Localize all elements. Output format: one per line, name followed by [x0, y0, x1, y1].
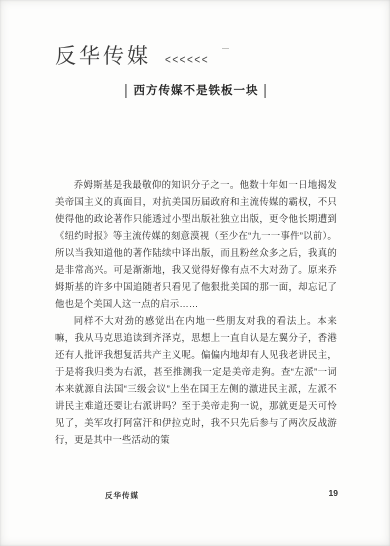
paragraph-1: 乔姆斯基是我最敬仰的知识分子之一。他数十年如一日地揭发美帝国主义的真面目，对抗美… [55, 176, 337, 312]
paragraph-2: 同样不大对劲的感觉出在内地一些朋友对我的看法上。本来嘛，我从马克思追读到齐泽克，… [55, 312, 337, 448]
subtitle-left-bar: | [119, 82, 133, 99]
scan-artifact [222, 48, 229, 49]
footer-page-number: 19 [329, 488, 338, 498]
book-page: 反华传媒 <<<<<< | 西方传媒不是铁板一块 | 乔姆斯基是我最敬仰的知识分… [0, 0, 390, 546]
body-text: 乔姆斯基是我最敬仰的知识分子之一。他数十年如一日地揭发美帝国主义的真面目，对抗美… [55, 176, 337, 448]
section-subtitle: | 西方传媒不是铁板一块 | [55, 82, 337, 98]
page-footer: 反华传媒 19 [0, 488, 390, 502]
chapter-title: 反华传媒 [55, 40, 151, 70]
chevrons-left-icon: <<<<<< [165, 54, 209, 67]
subtitle-text: 西方传媒不是铁板一块 [134, 82, 259, 98]
chapter-header: 反华传媒 <<<<<< [55, 40, 337, 70]
subtitle-right-bar: | [259, 82, 273, 99]
footer-running-title: 反华传媒 [105, 490, 139, 501]
